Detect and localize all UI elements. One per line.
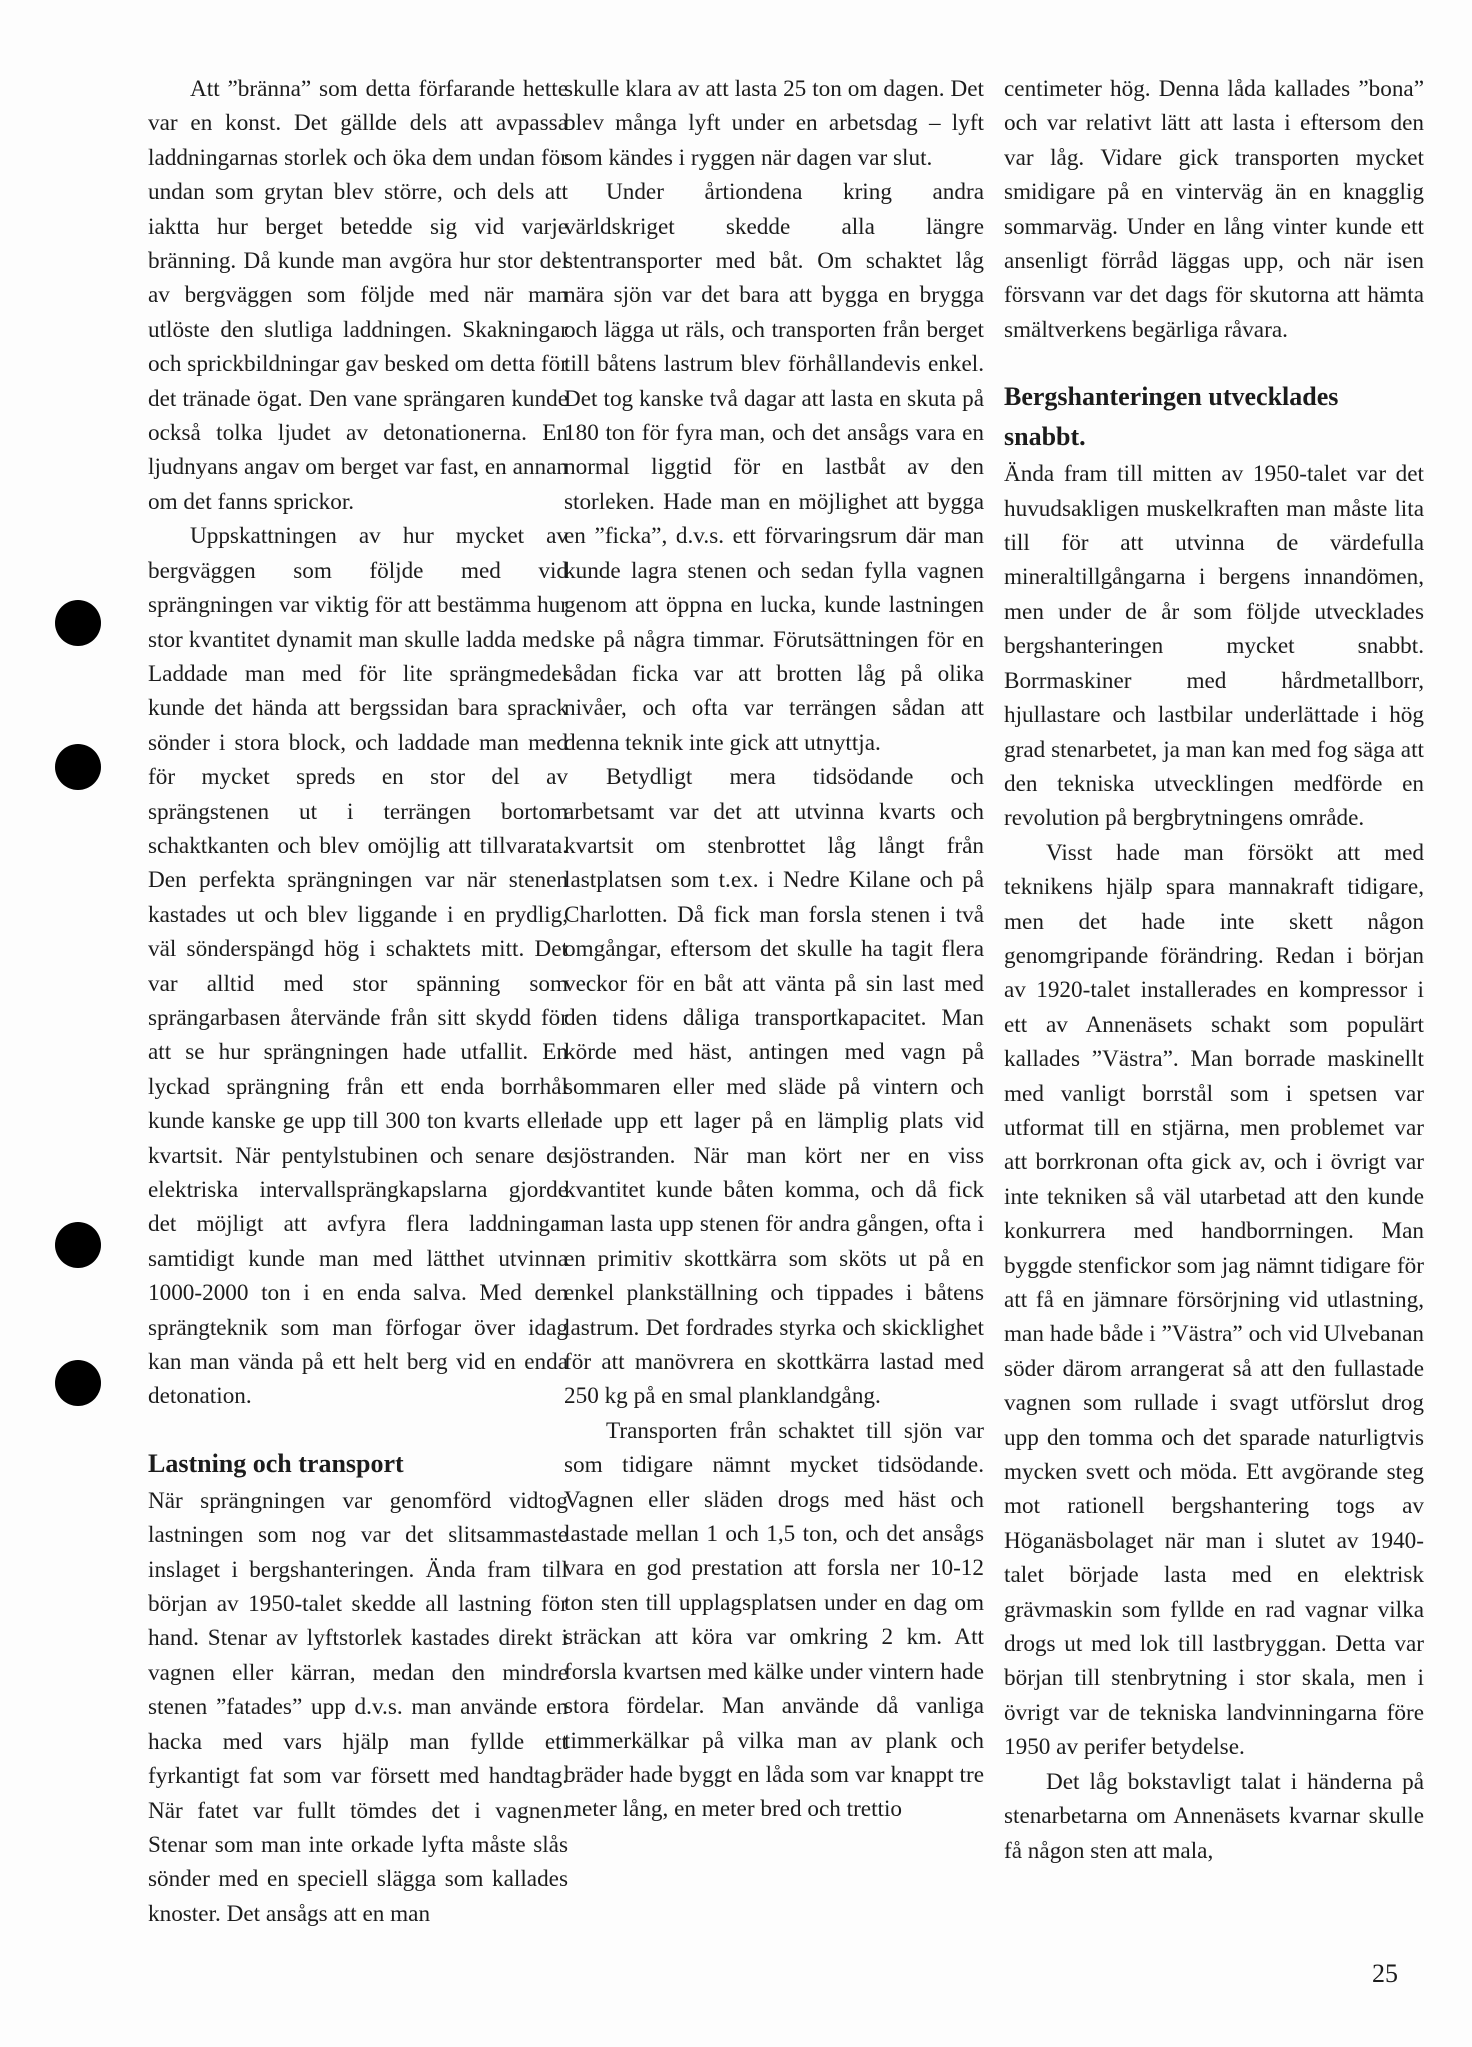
- document-page: Att ”bränna” som detta förfarande hette …: [0, 0, 1472, 2047]
- punch-hole: [55, 1360, 101, 1406]
- text-column-3: centimeter hög. Denna låda kallades ”bon…: [1004, 72, 1424, 1868]
- paragraph: Under årtiondena kring andra världskrige…: [564, 175, 984, 760]
- text-column-1: Att ”bränna” som detta förfarande hette …: [148, 72, 568, 1931]
- paragraph: Att ”bränna” som detta förfarande hette …: [148, 72, 568, 519]
- paragraph: centimeter hög. Denna låda kallades ”bon…: [1004, 72, 1424, 347]
- paragraph: Betydligt mera tidsödande och arbetsamt …: [564, 760, 984, 1414]
- paragraph: När sprängningen var genomförd vidtog la…: [148, 1484, 568, 1931]
- punch-hole: [55, 600, 101, 646]
- paragraph: Visst hade man försökt att med teknikens…: [1004, 836, 1424, 1765]
- section-heading-bergshantering: Bergshanteringen utvecklades snabbt.: [1004, 377, 1424, 457]
- paragraph: skulle klara av att lasta 25 ton om dage…: [564, 72, 984, 175]
- section-heading-lastning: Lastning och transport: [148, 1444, 568, 1484]
- paragraph: Det låg bokstavligt talat i händerna på …: [1004, 1765, 1424, 1868]
- paragraph: Ända fram till mitten av 1950-talet var …: [1004, 457, 1424, 835]
- punch-hole: [55, 744, 101, 790]
- page-number: 25: [1372, 1959, 1398, 1989]
- paragraph: Uppskattningen av hur mycket av bergvägg…: [148, 519, 568, 1414]
- paragraph: Transporten från schaktet till sjön var …: [564, 1414, 984, 1827]
- punch-hole: [55, 1222, 101, 1268]
- text-column-2: skulle klara av att lasta 25 ton om dage…: [564, 72, 984, 1827]
